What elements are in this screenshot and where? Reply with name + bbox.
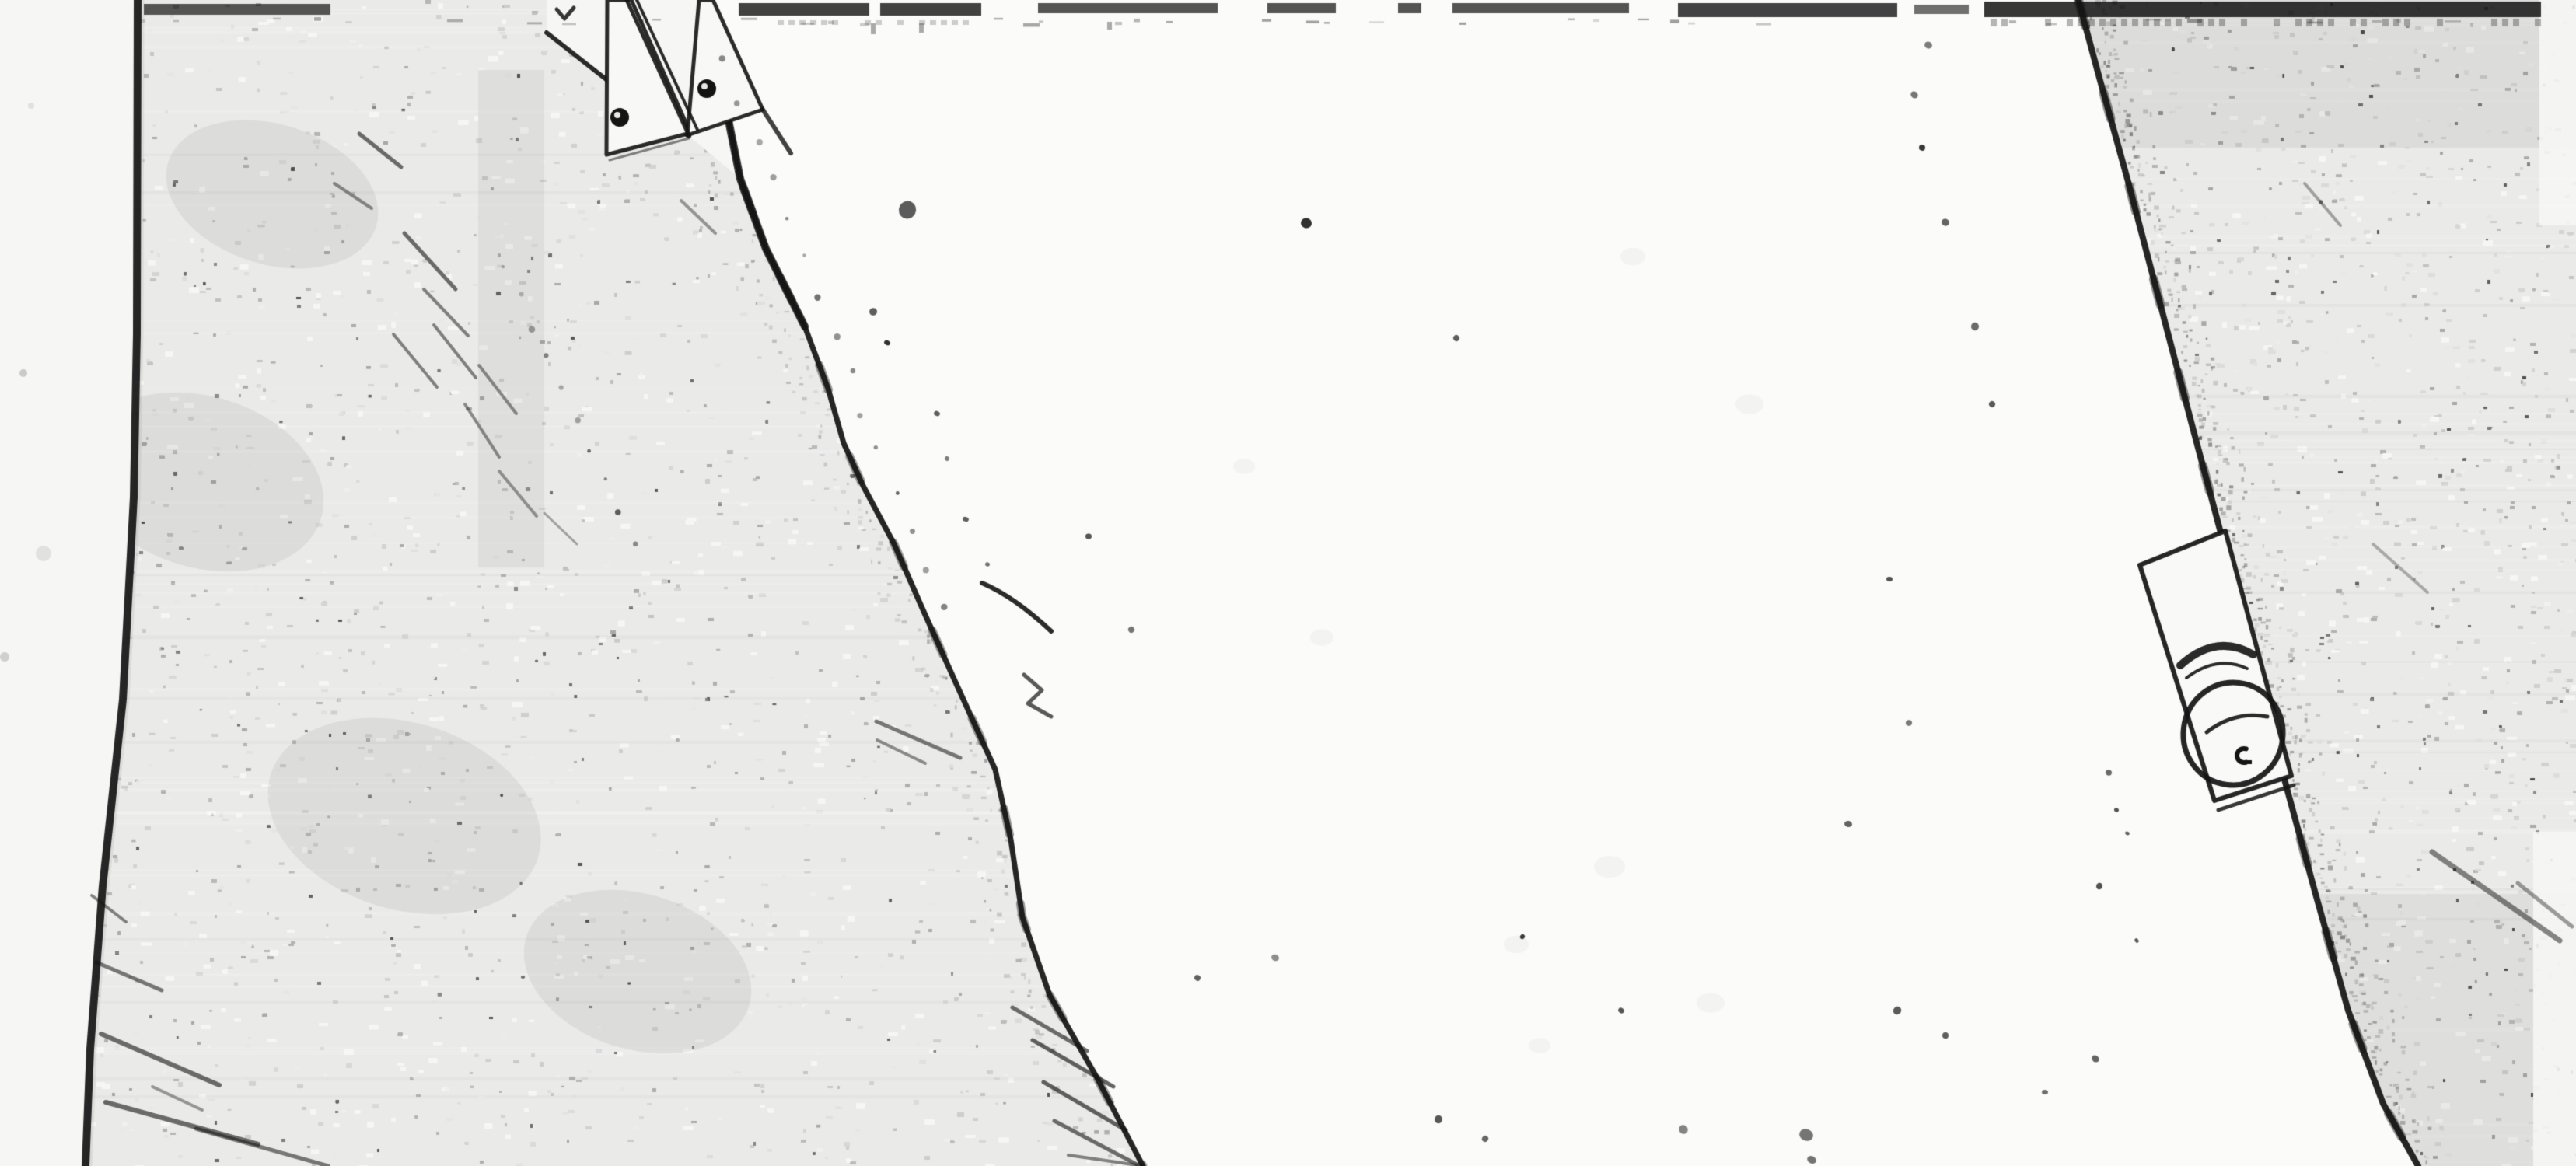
door-drawing-canvas xyxy=(0,0,2576,1166)
scanned-door-photo xyxy=(0,0,2576,1166)
